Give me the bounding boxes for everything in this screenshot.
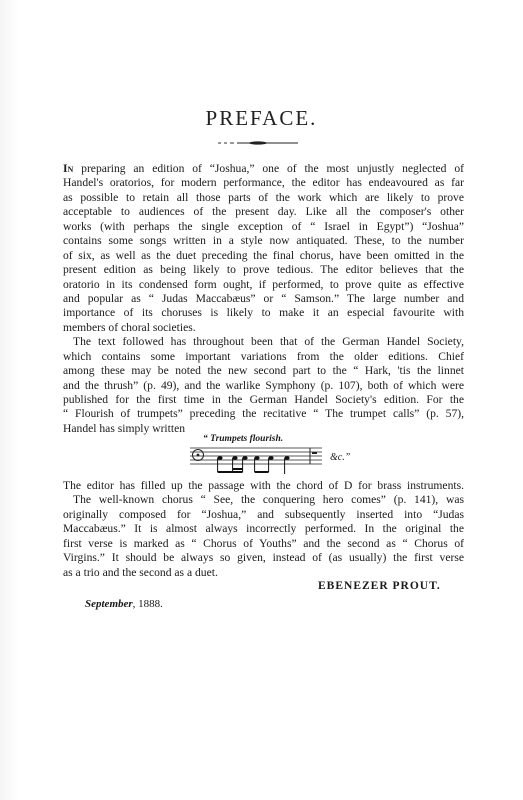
music-example: “ Trumpets flourish. bbox=[190, 436, 350, 476]
paragraph-3: The editor has filled up the passage wit… bbox=[63, 479, 464, 493]
date-month: September bbox=[85, 598, 133, 610]
text-line: preparing an edition of “Joshua,” one of… bbox=[73, 162, 464, 175]
date-year: , 1888. bbox=[133, 598, 163, 610]
date-line: September, 1888. bbox=[85, 598, 163, 610]
text-line: and popular as “ Judas Maccabæus” or “ S… bbox=[63, 292, 464, 306]
music-staff-icon bbox=[190, 446, 330, 478]
text-line: among these may be noted the new second … bbox=[63, 364, 464, 378]
text-line: acceptable to audiences of the present d… bbox=[63, 205, 464, 219]
text-line: “ Flourish of trumpets” preceding the re… bbox=[63, 407, 464, 421]
drop-lead: In bbox=[63, 162, 73, 175]
music-etc: &c.” bbox=[330, 452, 350, 463]
text-line: and the thrush” (p. 49), and the warlike… bbox=[63, 379, 464, 393]
paragraph-4: The well-known chorus “ See, the conquer… bbox=[63, 493, 464, 580]
preface-body: In preparing an edition of “Joshua,” one… bbox=[63, 162, 464, 436]
text-line: Handel's oratorios, for modern performan… bbox=[63, 176, 464, 190]
text-line: contains some songs written in a style n… bbox=[63, 234, 464, 248]
text-line: as a trio and the second as a duet. bbox=[63, 566, 464, 580]
music-caption: “ Trumpets flourish. bbox=[203, 434, 283, 444]
text-line: members of choral societies. bbox=[63, 321, 464, 335]
text-line: The well-known chorus “ See, the conquer… bbox=[63, 493, 464, 507]
author-signature: EBENEZER PROUT. bbox=[318, 580, 441, 592]
text-line: oratorio in its condensed form ought, if… bbox=[63, 278, 464, 292]
paragraph-1: In preparing an edition of “Joshua,” one… bbox=[63, 162, 464, 335]
text-line: Maccabæus.” It is almost always incorrec… bbox=[63, 522, 464, 536]
text-line: which contains some important variations… bbox=[63, 350, 464, 364]
text-line: Virgins.” It should be always so given, … bbox=[63, 551, 464, 565]
preface-body-continued: The editor has filled up the passage wit… bbox=[63, 479, 464, 580]
text-line: present edition as being likely to prove… bbox=[63, 263, 464, 277]
paragraph-2: The text followed has throughout been th… bbox=[63, 335, 464, 436]
text-line: works (with perhaps the single exception… bbox=[63, 220, 464, 234]
text-line: The text followed has throughout been th… bbox=[63, 335, 464, 349]
page-title: PREFACE. bbox=[0, 106, 523, 131]
text-line: first verse is marked as “ Chorus of You… bbox=[63, 537, 464, 551]
text-line: importance of its choruses is likely to … bbox=[63, 306, 464, 320]
text-line: The editor has filled up the passage wit… bbox=[63, 479, 464, 493]
text-line: originally composed for “Joshua,” and su… bbox=[63, 508, 464, 522]
text-line: of six, as well as the duet preceding th… bbox=[63, 249, 464, 263]
ornamental-rule bbox=[218, 141, 298, 145]
text-line: published for the first time in the Germ… bbox=[63, 393, 464, 407]
text-line: as possible to retain all those parts of… bbox=[63, 191, 464, 205]
